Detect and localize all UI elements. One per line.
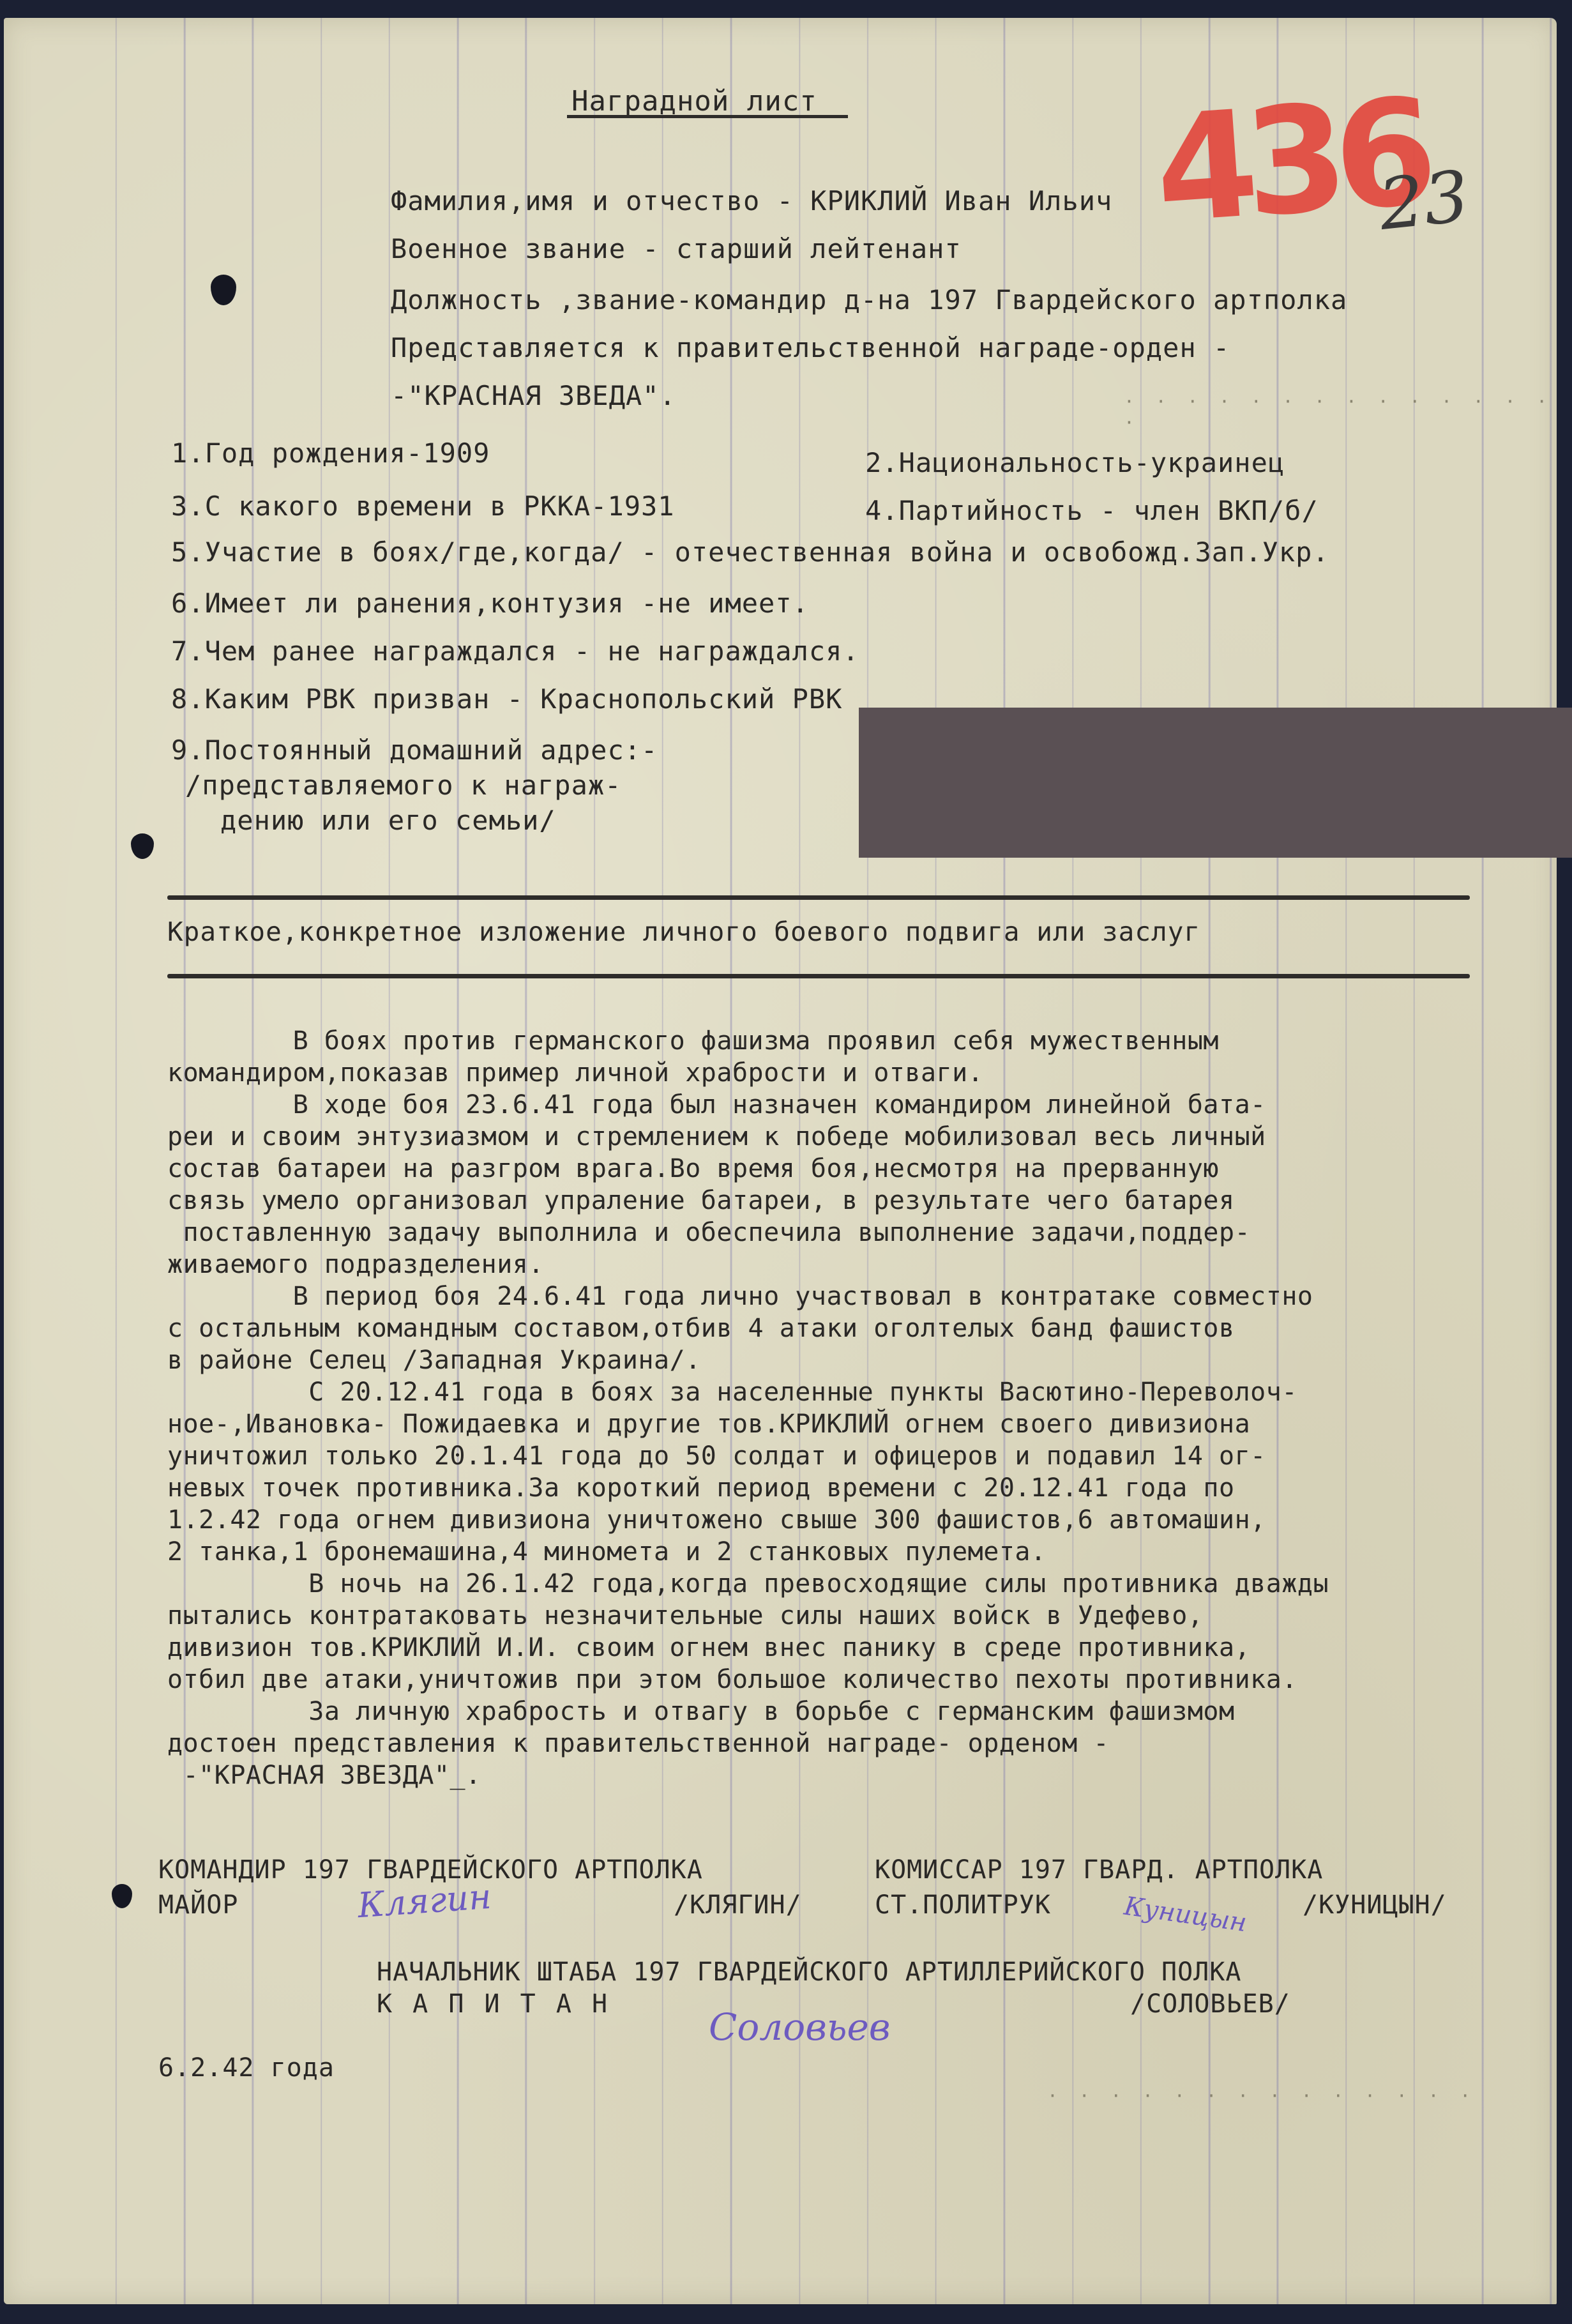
field-previous-awards: 7.Чем ранее награждался - не награждался… [171, 635, 859, 667]
award-line-2: -"КРАСНАЯ ЗВЕДА". [391, 380, 676, 411]
position-line: Должность ,звание-командир д-на 197 Гвар… [391, 284, 1347, 315]
field-address-label: /представляемого к награж- [185, 770, 621, 801]
field-wounds: 6.Имеет ли ранения,контузия -не имеет. [171, 588, 809, 619]
chief-of-staff-name: /СОЛОВЬЕВ/ [1130, 1989, 1290, 2019]
commissar-name: /КУНИЦЫН/ [1303, 1890, 1447, 1920]
narrative-line: пытались контратаковать незначительные с… [167, 1600, 1559, 1632]
dotted-line: · · · · · · · · · · · · · · · [1124, 391, 1572, 433]
commander-rank: МАЙОР [158, 1890, 238, 1920]
commissar-rank: СТ.ПОЛИТРУК [875, 1890, 1051, 1920]
field-address-label: 9.Постоянный домашний адрес:- [171, 734, 658, 766]
narrative-block: В боях против германского фашизма прояви… [167, 1025, 1559, 1791]
dotted-line: · · · · · · · · · · · · · · [1047, 2085, 1476, 2106]
narrative-line: -"КРАСНАЯ ЗВЕЗДА"_. [167, 1759, 1559, 1791]
narrative-line: уничтожил только 20.1.41 года до 50 солд… [167, 1440, 1559, 1472]
document-date: 6.2.42 года [158, 2053, 335, 2083]
narrative-line: дивизион тов.КРИКЛИЙ И.И. своим огнем вн… [167, 1632, 1559, 1664]
chief-of-staff-title: НАЧАЛЬНИК ШТАБА 197 ГВАРДЕЙСКОГО АРТИЛЛЕ… [377, 1957, 1241, 1987]
document-title: Наградной лист [571, 85, 817, 118]
narrative-line: ное-,Ивановка- Пожидаевка и другие тов.К… [167, 1408, 1559, 1440]
commissar-title: КОМИССАР 197 ГВАРД. АРТПОЛКА [875, 1855, 1323, 1885]
narrative-line: достоен представления к правительственно… [167, 1728, 1559, 1759]
narrative-line: реи и своим энтузиазмом и стремлением к … [167, 1121, 1559, 1153]
field-birth-year: 1.Год рождения-1909 [171, 437, 490, 469]
field-draft-office: 8.Каким РВК призван - Краснопольский РВК [171, 683, 842, 715]
field-nationality: 2.Национальность-украинец [865, 447, 1285, 478]
field-address-label: дению или его семьи/ [220, 805, 556, 836]
rank-line: Военное звание - старший лейтенант [391, 233, 962, 264]
narrative-line: 1.2.42 года огнем дивизиона уничтожено с… [167, 1504, 1559, 1536]
narrative-line: С 20.12.41 года в боях за населенные пун… [167, 1376, 1559, 1408]
redacted-address [859, 708, 1572, 858]
narrative-line: состав батареи на разгром врага.Во время… [167, 1153, 1559, 1185]
narrative-line: командиром,показав пример личной храброс… [167, 1057, 1559, 1089]
field-service-since: 3.С какого времени в РККА-1931 [171, 490, 675, 522]
archive-number-pencil: 23 [1375, 155, 1473, 246]
field-combat-participation: 5.Участие в боях/где,когда/ - отечествен… [171, 536, 1329, 568]
name-line: Фамилия,имя и отчество - КРИКЛИЙ Иван Ил… [391, 185, 1112, 216]
title-underline [567, 115, 848, 118]
narrative-line: В ночь на 26.1.42 года,когда превосходящ… [167, 1568, 1559, 1600]
narrative-line: связь умело организовал упраление батаре… [167, 1185, 1559, 1217]
field-party: 4.Партийность - член ВКП/б/ [865, 495, 1319, 526]
narrative-line: В ходе боя 23.6.41 года был назначен ком… [167, 1089, 1559, 1121]
section-heading: Краткое,конкретное изложение личного бое… [167, 916, 1200, 947]
narrative-line: живаемого подразделения. [167, 1249, 1559, 1280]
narrative-line: За личную храбрость и отвагу в борьбе с … [167, 1696, 1559, 1728]
narrative-line: с остальным командным составом,отбив 4 а… [167, 1312, 1559, 1344]
section-rule-bottom [167, 974, 1470, 978]
award-line-1: Представляется к правительственной награ… [391, 332, 1230, 363]
commander-name: /КЛЯГИН/ [674, 1890, 802, 1920]
narrative-line: невых точек противника.За короткий перио… [167, 1472, 1559, 1504]
narrative-line: 2 танка,1 бронемашина,4 миномета и 2 ста… [167, 1536, 1559, 1568]
chief-of-staff-rank: К А П И Т А Н [377, 1989, 610, 2019]
narrative-line: В боях против германского фашизма прояви… [167, 1025, 1559, 1057]
narrative-line: В период боя 24.6.41 года лично участвов… [167, 1280, 1559, 1312]
narrative-line: в районе Селец /Западная Украина/. [167, 1344, 1559, 1376]
narrative-line: отбил две атаки,уничтожив при этом больш… [167, 1664, 1559, 1696]
chief-of-staff-signature: Соловьев [709, 2005, 891, 2049]
narrative-line: поставленную задачу выполнила и обеспечи… [167, 1217, 1559, 1249]
section-rule-top [167, 895, 1470, 900]
